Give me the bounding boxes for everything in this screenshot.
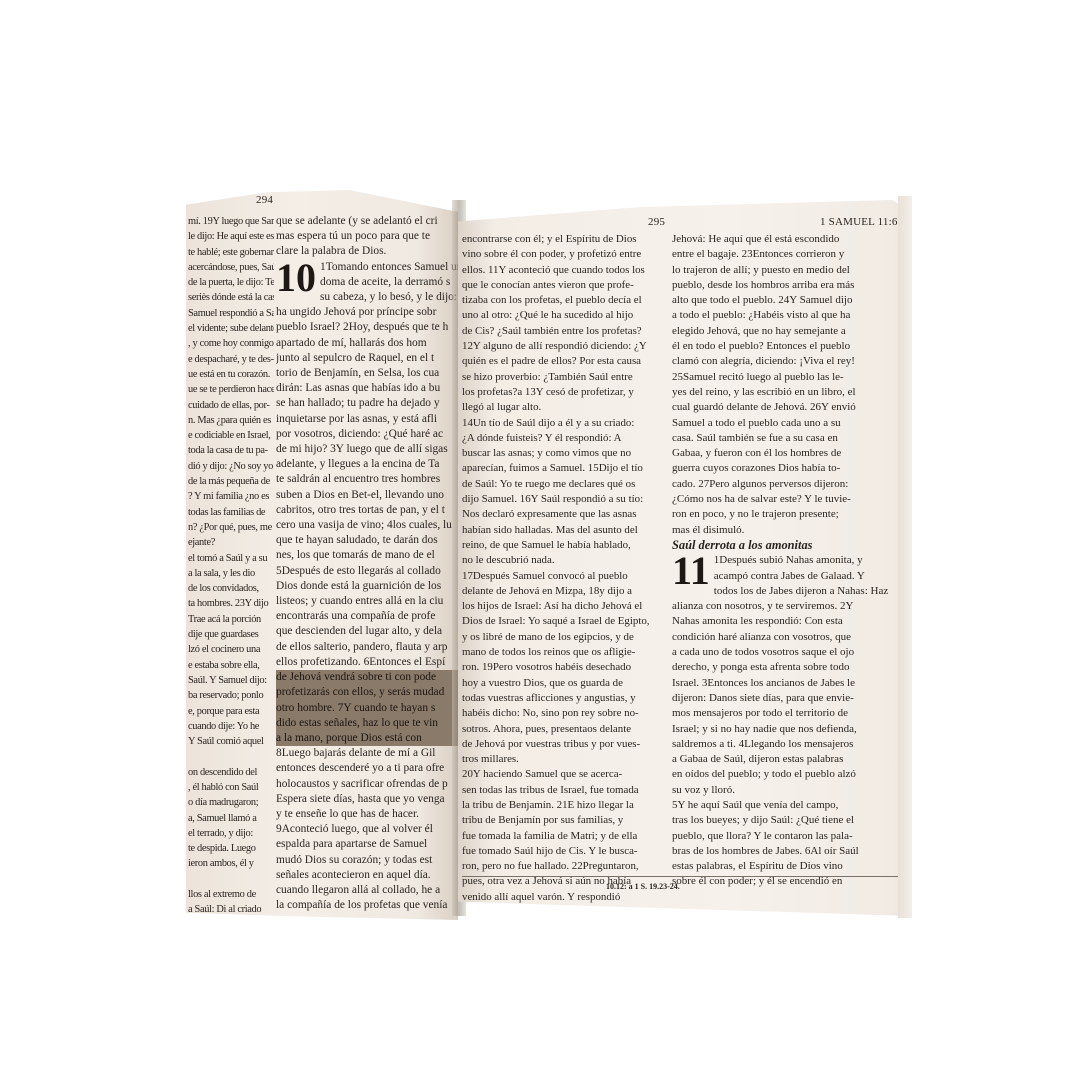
chapter-number-10: 10 bbox=[276, 262, 316, 294]
text-line: 5Después de esto llegarás al collado bbox=[276, 564, 458, 579]
text-line: señales acontecieron en aquel día. bbox=[276, 868, 458, 883]
text-line: tras los bueyes; y dijo Saúl: ¿Qué tiene… bbox=[672, 813, 904, 828]
text-line: 5Y he aquí Saúl que venía del campo, bbox=[672, 798, 904, 813]
text-line: pueblo, que llora? Y le contaron las pal… bbox=[672, 829, 904, 844]
text-line: inquietarse por las asnas, y está afli bbox=[276, 412, 458, 427]
text-line: adelante, y llegues a la encina de Ta bbox=[276, 457, 458, 472]
text-line: los hijos de Israel: Así ha dicho Jehová… bbox=[462, 599, 690, 614]
text-line: sotros. Ahora, pues, presentaos delante bbox=[462, 722, 690, 737]
text-line: o día madrugaron; bbox=[188, 795, 274, 810]
text-line: delante de Jehová en Mizpa, 18y dijo a bbox=[462, 584, 690, 599]
text-line: habían sido halladas. Mas del asunto del bbox=[462, 523, 690, 538]
text-line: Samuel respondió a Saúl, bbox=[188, 306, 274, 321]
text-line: Nos declaró expresamente que las asnas bbox=[462, 507, 690, 522]
running-head: 1 SAMUEL 11:6 bbox=[820, 216, 898, 228]
text-line: ¿Cómo nos ha de salvar este? Y le tuvie- bbox=[672, 492, 904, 507]
text-line: cero una vasija de vino; 4los cuales, lu bbox=[276, 518, 458, 533]
text-line bbox=[188, 749, 274, 764]
text-line: alto que todo el pueblo. 24Y Samuel dijo bbox=[672, 293, 904, 308]
text-line: casa. Saúl también se fue a su casa en bbox=[672, 431, 904, 446]
text-line: espalda para apartarse de Samuel bbox=[276, 837, 458, 852]
text-line: ron, pero no fue hallado. 22Preguntaron, bbox=[462, 859, 690, 874]
text-line: se hizo proverbio: ¿También Saúl entre bbox=[462, 370, 690, 385]
text-line: dirán: Las asnas que habías ido a bu bbox=[276, 381, 458, 396]
text-line: alianza con nosotros, y te serviremos. 2… bbox=[672, 599, 904, 614]
text-line: a la sala, y les dio bbox=[188, 566, 274, 581]
text-line: no le descubrió nada. bbox=[462, 553, 690, 568]
left-page: 294 mí. 19Y luego que Samuelle dijo: He … bbox=[186, 190, 458, 920]
text-line: de la puerta, le dijo: Te bbox=[188, 275, 274, 290]
text-line: e, porque para esta bbox=[188, 704, 274, 719]
text-line: y os libré de mano de los egipcios, y de bbox=[462, 630, 690, 645]
text-line: ha ungido Jehová por príncipe sobr bbox=[276, 305, 458, 320]
text-line: todas las familias de bbox=[188, 505, 274, 520]
text-line: Jehová: He aquí que él está escondido bbox=[672, 232, 904, 247]
text-line: ue está en tu corazón. bbox=[188, 367, 274, 382]
text-line: a cada uno de todos vosotros saque el oj… bbox=[672, 645, 904, 660]
text-line: ? Y mi familia ¿no es bbox=[188, 489, 274, 504]
text-line: dijeron: Danos siete días, para que envi… bbox=[672, 691, 904, 706]
text-line: cual guardó delante de Jehová. 26Y envió bbox=[672, 400, 904, 415]
text-line: de Jehová por vuestras tribus y por vues… bbox=[462, 737, 690, 752]
text-line: bras de los hombres de Jabes. 6Al oír Sa… bbox=[672, 844, 904, 859]
text-line: Nahas amonita les respondió: Con esta bbox=[672, 614, 904, 629]
text-line: quién es el padre de ellos? Por esta cau… bbox=[462, 354, 690, 369]
text-line: Trae acá la porción bbox=[188, 612, 274, 627]
text-line: por vosotros, diciendo: ¿Qué haré ac bbox=[276, 427, 458, 442]
text-line: Dios de Israel: Yo saqué a Israel de Egi… bbox=[462, 614, 690, 629]
text-line: n? ¿Por qué, pues, me bbox=[188, 520, 274, 535]
text-line: cado. 27Pero algunos perversos dijeron: bbox=[672, 477, 904, 492]
highlighted-line: profetizarás con ellos, y serás mudad bbox=[276, 685, 458, 700]
text-line: 8Luego bajarás delante de mí a Gil bbox=[276, 746, 458, 761]
text-line: 17Después Samuel convocó al pueblo bbox=[462, 569, 690, 584]
text-line: mos mensajeros por todo el territorio de bbox=[672, 706, 904, 721]
text-line: holocaustos y sacrificar ofrendas de p bbox=[276, 777, 458, 792]
text-line: doma de aceite, la derramó s bbox=[320, 275, 458, 290]
text-line: ieron ambos, él y bbox=[188, 856, 274, 871]
text-line: vino sobre él con poder, y profetizó ent… bbox=[462, 247, 690, 262]
text-line: habéis dicho: No, sino pon rey sobre no- bbox=[462, 706, 690, 721]
text-line: la compañía de los profetas que venía bbox=[276, 898, 458, 913]
text-line: mudó Dios su corazón; y todas est bbox=[276, 853, 458, 868]
text-line: te despida. Luego bbox=[188, 841, 274, 856]
text-line: guerra cuyos corazones Dios había to- bbox=[672, 461, 904, 476]
highlighted-line: dido estas señales, haz lo que te vin bbox=[276, 716, 458, 731]
section-heading: Saúl derrota a los amonitas bbox=[672, 538, 904, 553]
text-line: apartado de mí, hallarás dos hom bbox=[276, 336, 458, 351]
page-edges bbox=[898, 196, 912, 918]
text-line: dije que guardases bbox=[188, 627, 274, 642]
text-line: clare la palabra de Dios. bbox=[276, 244, 458, 259]
text-line: Samuel a todo el pueblo cada uno a su bbox=[672, 416, 904, 431]
text-line: el terrado, y dijo: bbox=[188, 826, 274, 841]
text-line: ron en poco, y no le trajeron presente; bbox=[672, 507, 904, 522]
right-page: 295 1 SAMUEL 11:6 encontrarse con él; y … bbox=[458, 200, 910, 916]
text-line: pueblo, desde los hombros arriba era más bbox=[672, 278, 904, 293]
text-line: e despacharé, y te des- bbox=[188, 352, 274, 367]
text-line: ¿A dónde fuisteis? Y él respondió: A bbox=[462, 431, 690, 446]
chapter-number-11: 11 bbox=[672, 555, 710, 587]
text-line: ellos. 11Y aconteció que cuando todos lo… bbox=[462, 263, 690, 278]
text-line: a Saúl: Di al criado bbox=[188, 902, 274, 917]
text-line: entre el bagaje. 23Entonces corrieron y bbox=[672, 247, 904, 262]
text-line: aparecían, fuimos a Samuel. 15Dijo el tí… bbox=[462, 461, 690, 476]
text-line: sen todas las tribus de Israel, fue toma… bbox=[462, 783, 690, 798]
text-line: ue se te perdieron hace bbox=[188, 382, 274, 397]
text-line: llegó al lugar alto. bbox=[462, 400, 690, 415]
text-line: ba reservado; ponlo bbox=[188, 688, 274, 703]
text-line: su voz y lloró. bbox=[672, 783, 904, 798]
text-line: te saldrán al encuentro tres hombres bbox=[276, 472, 458, 487]
text-line: todas vuestras aflicciones y angustias, … bbox=[462, 691, 690, 706]
text-line: todos los de Jabes dijeron a Nahas: Haz bbox=[714, 584, 904, 599]
text-line: encontrarse con él; y el Espíritu de Dio… bbox=[462, 232, 690, 247]
text-line: junto al sepulcro de Raquel, en el t bbox=[276, 351, 458, 366]
highlighted-line: de Jehová vendrá sobre ti con pode bbox=[276, 670, 458, 685]
text-line: tribu de Benjamín por sus familias, y bbox=[462, 813, 690, 828]
text-line: se han hallado; tu padre ha dejado y bbox=[276, 396, 458, 411]
text-line: que descienden del lugar alto, y dela bbox=[276, 624, 458, 639]
text-line: 14Un tío de Saúl dijo a él y a su criado… bbox=[462, 416, 690, 431]
highlighted-line: otro hombre. 7Y cuando te hayan s bbox=[276, 701, 458, 716]
text-line: Saúl. Y Samuel dijo: bbox=[188, 673, 274, 688]
text-line: dió y dijo: ¿No soy yo bbox=[188, 459, 274, 474]
text-line: que se adelante (y se adelantó el cri bbox=[276, 214, 458, 229]
text-line: Israel. 3Entonces los ancianos de Jabes … bbox=[672, 676, 904, 691]
text-line: le dijo: He aquí este es bbox=[188, 229, 274, 244]
text-line: fue tomado Saúl hijo de Cis. Y le busca- bbox=[462, 844, 690, 859]
text-line: entonces descenderé yo a ti para ofre bbox=[276, 761, 458, 776]
text-line: Gabaa, y fueron con él los hombres de bbox=[672, 446, 904, 461]
text-line: ta hombres. 23Y dijo bbox=[188, 596, 274, 611]
text-line: a todo el pueblo: ¿Habéis visto al que h… bbox=[672, 308, 904, 323]
text-line: 9Aconteció luego, que al volver él bbox=[276, 822, 458, 837]
text-line: mas él disimuló. bbox=[672, 523, 904, 538]
text-line: de la más pequeña de bbox=[188, 474, 274, 489]
text-line: clamó con alegría, diciendo: ¡Viva el re… bbox=[672, 354, 904, 369]
footnote: 10.12: a 1 S. 19.23-24. bbox=[606, 882, 680, 891]
text-line: elegido Jehová, que no hay semejante a bbox=[672, 324, 904, 339]
text-line: Dios donde está la guarnición de los bbox=[276, 579, 458, 594]
text-line: él en todo el pueblo? Entonces el pueblo bbox=[672, 339, 904, 354]
text-line: nes, los que tomarás de mano de el bbox=[276, 548, 458, 563]
text-line: hoy a vuestro Dios, que os guarda de bbox=[462, 676, 690, 691]
text-line: y te enseñe lo que has de hacer. bbox=[276, 807, 458, 822]
text-line: ejante? bbox=[188, 535, 274, 550]
text-line: suben a Dios en Bet-el, llevando uno bbox=[276, 488, 458, 503]
text-line: te hablé; este gobernará bbox=[188, 245, 274, 260]
text-line: que le conocían antes vieron que profe- bbox=[462, 278, 690, 293]
text-line: los profetas?a 13Y cesó de profetizar, y bbox=[462, 385, 690, 400]
text-line: saldremos a ti. 4Llegando los mensajeros bbox=[672, 737, 904, 752]
text-line: cuidado de ellas, por- bbox=[188, 398, 274, 413]
text-line: condición haré alianza con vosotros, que bbox=[672, 630, 904, 645]
right-left-column: encontrarse con él; y el Espíritu de Dio… bbox=[462, 232, 690, 905]
text-line: fue tomada la familia de Matri; y de ell… bbox=[462, 829, 690, 844]
text-line: e estaba sobre ella, bbox=[188, 658, 274, 673]
text-line: de Saúl: Yo te ruego me declares qué os bbox=[462, 477, 690, 492]
text-line: 1Tomando entonces Samuel una bbox=[320, 260, 458, 275]
text-line: , y come hoy conmigo, bbox=[188, 336, 274, 351]
text-line: mas espera tú un poco para que te bbox=[276, 229, 458, 244]
page-number-left: 294 bbox=[256, 194, 273, 206]
text-line: pueblo Israel? 2Hoy, después que te h bbox=[276, 320, 458, 335]
text-line: de mi hijo? 3Y luego que de allí sigas bbox=[276, 442, 458, 457]
text-line: que te hayan saludado, te darán dos bbox=[276, 533, 458, 548]
text-line: mano de todos los reinos que os afligie- bbox=[462, 645, 690, 660]
text-line: ellos profetizando. 6Entonces el Espí bbox=[276, 655, 458, 670]
text-line: torio de Benjamín, en Selsa, los cua bbox=[276, 366, 458, 381]
text-line: en oídos del pueblo; y todo el pueblo al… bbox=[672, 767, 904, 782]
text-line: a Gabaa de Saúl, dijeron estas palabras bbox=[672, 752, 904, 767]
text-line: de ellos salterio, pandero, flauta y arp bbox=[276, 640, 458, 655]
text-line: ron. 19Pero vosotros habéis desechado bbox=[462, 660, 690, 675]
text-line: 25Samuel recitó luego al pueblo las le- bbox=[672, 370, 904, 385]
text-line: estas palabras, el Espíritu de Dios vino bbox=[672, 859, 904, 874]
text-line: seriès dónde está la casa bbox=[188, 290, 274, 305]
left-inner-column: que se adelante (y se adelantó el crimas… bbox=[276, 214, 458, 913]
text-line: acercándose, pues, Saúl a bbox=[188, 260, 274, 275]
footnote-rule bbox=[462, 876, 902, 877]
text-line: de Cis? ¿Saúl también entre los profetas… bbox=[462, 324, 690, 339]
text-line: venido allí aquel varón. Y respondió bbox=[462, 890, 690, 905]
text-line: cuando dije: Yo he bbox=[188, 719, 274, 734]
text-line: dijo Samuel. 16Y Saúl respondió a su tío… bbox=[462, 492, 690, 507]
text-line: acampó contra Jabes de Galaad. Y bbox=[714, 569, 904, 584]
text-line: lo trajeron de allí; y puesto en medio d… bbox=[672, 263, 904, 278]
text-line: on descendido del bbox=[188, 765, 274, 780]
text-line: n. Mas ¿para quién es bbox=[188, 413, 274, 428]
text-line: la tribu de Benjamín. 21E hizo llegar la bbox=[462, 798, 690, 813]
text-line: encontrarás una compañía de profe bbox=[276, 609, 458, 624]
text-line bbox=[188, 872, 274, 887]
text-line: de los convidados, bbox=[188, 581, 274, 596]
text-line: su cabeza, y lo besó, y le dijo: ¿N bbox=[320, 290, 458, 305]
text-line: uno al otro: ¿Qué le ha sucedido al hijo bbox=[462, 308, 690, 323]
text-line: lzó el cocinero una bbox=[188, 642, 274, 657]
text-line: e codiciable en Israel, bbox=[188, 428, 274, 443]
text-line: , él habló con Saúl bbox=[188, 780, 274, 795]
text-line: mí. 19Y luego que Samuel bbox=[188, 214, 274, 229]
text-line: Espera siete días, hasta que yo venga bbox=[276, 792, 458, 807]
text-line: buscar las asnas; y como vimos que no bbox=[462, 446, 690, 461]
open-bible-photo: 294 mí. 19Y luego que Samuelle dijo: He … bbox=[0, 0, 1080, 1080]
text-line: Israel; y si no hay nadie que nos defien… bbox=[672, 722, 904, 737]
text-line: llos al extremo de bbox=[188, 887, 274, 902]
text-line: reino, de que Samuel le había hablado, bbox=[462, 538, 690, 553]
right-right-column: Jehová: He aquí que él está escondidoent… bbox=[672, 232, 904, 890]
highlighted-line: a la mano, porque Dios está con bbox=[276, 731, 458, 746]
text-line: el tomó a Saúl y a su bbox=[188, 551, 274, 566]
text-line: listeos; y cuando entres allá en la ciu bbox=[276, 594, 458, 609]
text-line: 12Y alguno de allí respondió diciendo: ¿… bbox=[462, 339, 690, 354]
text-line: cabritos, otro tres tortas de pan, y el … bbox=[276, 503, 458, 518]
left-outer-column: mí. 19Y luego que Samuelle dijo: He aquí… bbox=[188, 214, 274, 918]
text-line: cuando llegaron allá al collado, he a bbox=[276, 883, 458, 898]
text-line: 20Y haciendo Samuel que se acerca- bbox=[462, 767, 690, 782]
text-line: tros millares. bbox=[462, 752, 690, 767]
text-line: yes del reino, y las escribió en un libr… bbox=[672, 385, 904, 400]
text-line: el vidente; sube delante bbox=[188, 321, 274, 336]
text-line: a, Samuel llamó a bbox=[188, 811, 274, 826]
text-line: toda la casa de tu pa- bbox=[188, 443, 274, 458]
text-line: 1Después subió Nahas amonita, y bbox=[714, 553, 904, 568]
text-line: derecho, y ponga esta afrenta sobre todo bbox=[672, 660, 904, 675]
text-line: tizaba con los profetas, el pueblo decía… bbox=[462, 293, 690, 308]
text-line: Y Saúl comió aquel bbox=[188, 734, 274, 749]
page-number-right: 295 bbox=[648, 216, 665, 228]
